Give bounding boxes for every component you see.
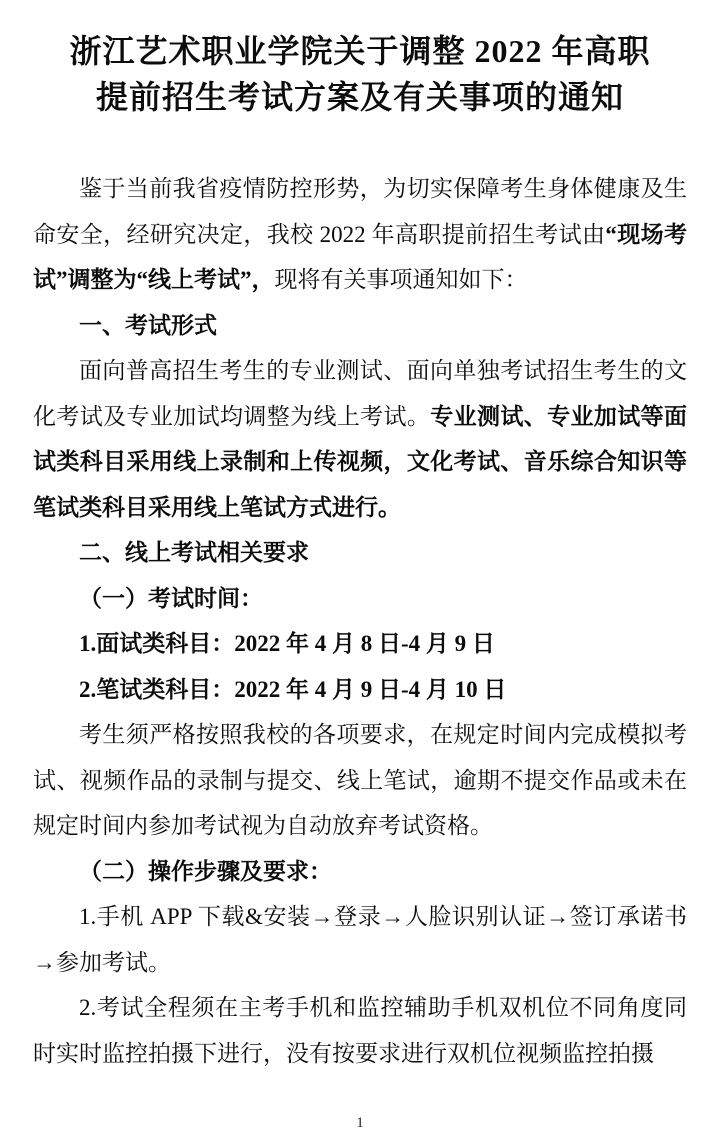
notice-title: 浙江艺术职业学院关于调整 2022 年高职提前招生考试方案及有关事项的通知 [69, 28, 651, 120]
written-date-item: 2.笔试类科目：2022 年 4 月 9 日-4 月 10 日 [33, 667, 687, 713]
section-2-heading: 二、线上考试相关要求 [33, 530, 687, 576]
step-2-paragraph: 2.考试全程须在主考手机和监控辅助手机双机位不同角度同时实时监控拍摄下进行，没有… [33, 985, 687, 1076]
notice-document-page: 浙江艺术职业学院关于调整 2022 年高职提前招生考试方案及有关事项的通知 鉴于… [0, 0, 720, 1148]
deadline-paragraph: 考生须严格按照我校的各项要求，在规定时间内完成模拟考试、视频作品的录制与提交、线… [33, 712, 687, 849]
interview-date-item: 1.面试类科目：2022 年 4 月 8 日-4 月 9 日 [33, 621, 687, 667]
exam-format-paragraph: 面向普高招生考生的专业测试、面向单独考试招生考生的文化考试及专业加试均调整为线上… [33, 348, 687, 530]
exam-time-subheading: （一）考试时间： [33, 576, 687, 622]
notice-body: 鉴于当前我省疫情防控形势，为切实保障考生身体健康及生命安全，经研究决定，我校 2… [33, 166, 687, 1076]
intro-text-regular-1: 鉴于当前我省疫情防控形势，为切实保障考生身体健康及生命安全，经研究决定，我校 2… [33, 176, 687, 247]
steps-subheading: （二）操作步骤及要求： [33, 849, 687, 895]
section-1-heading: 一、考试形式 [33, 303, 687, 349]
page-number: 1 [0, 1115, 720, 1132]
intro-text-regular-2: 现将有关事项通知如下： [275, 267, 528, 292]
step-1-paragraph: 1.手机 APP 下载&安装→登录→人脸识别认证→签订承诺书→参加考试。 [33, 894, 687, 985]
intro-paragraph: 鉴于当前我省疫情防控形势，为切实保障考生身体健康及生命安全，经研究决定，我校 2… [33, 166, 687, 303]
